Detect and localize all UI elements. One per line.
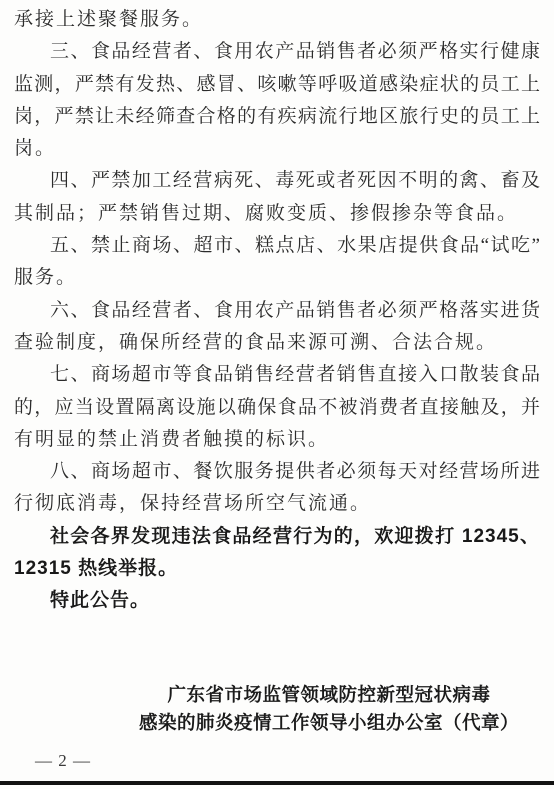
body-line-1: 承接上述聚餐服务。	[14, 4, 540, 36]
body-line-4: 岗，严禁让未经筛查合格的有疾病流行地区旅行史的员工上	[14, 101, 540, 133]
body-line-5: 岗。	[14, 133, 540, 165]
body-line-11: 查验制度，确保所经营的食品来源可溯、合法合规。	[14, 327, 540, 359]
hotline-line-2: 12315 热线举报。	[14, 553, 540, 585]
body-line-3: 监测，严禁有发热、感冒、咳嗽等呼吸道感染症状的员工上	[14, 69, 540, 101]
page-number: — 2 —	[35, 750, 91, 772]
body-line-12: 七、商场超市等食品销售经营者销售直接入口散装食品	[14, 359, 540, 391]
body-line-14: 有明显的禁止消费者触摸的标识。	[14, 424, 540, 456]
body-line-16: 行彻底消毒，保持经营场所空气流通。	[14, 488, 540, 520]
closing-line: 特此公告。	[14, 585, 540, 617]
body-line-6: 四、严禁加工经营病死、毒死或者死因不明的禽、畜及	[14, 165, 540, 197]
notice-body: 承接上述聚餐服务。 三、食品经营者、食用农产品销售者必须严格实行健康 监测，严禁…	[14, 4, 540, 618]
body-line-2: 三、食品经营者、食用农产品销售者必须严格实行健康	[14, 36, 540, 68]
signature-line-1: 广东省市场监管领域防控新型冠状病毒	[104, 681, 554, 709]
body-line-15: 八、商场超市、餐饮服务提供者必须每天对经营场所进	[14, 456, 540, 488]
body-line-7: 其制品；严禁销售过期、腐败变质、掺假掺杂等食品。	[14, 198, 540, 230]
body-line-10: 六、食品经营者、食用农产品销售者必须严格落实进货	[14, 295, 540, 327]
signature-line-2: 感染的肺炎疫情工作领导小组办公室（代章）	[104, 709, 554, 737]
document-page: 承接上述聚餐服务。 三、食品经营者、食用农产品销售者必须严格实行健康 监测，严禁…	[0, 0, 554, 789]
body-line-9: 服务。	[14, 262, 540, 294]
body-line-13: 的，应当设置隔离设施以确保食品不被消费者直接触及，并	[14, 392, 540, 424]
hotline-line-1: 社会各界发现违法食品经营行为的，欢迎拨打 12345、	[14, 521, 540, 553]
signature-block: 广东省市场监管领域防控新型冠状病毒 感染的肺炎疫情工作领导小组办公室（代章）	[104, 681, 554, 736]
body-line-8: 五、禁止商场、超市、糕点店、水果店提供食品“试吃”	[14, 230, 540, 262]
bottom-scan-rule	[0, 781, 554, 785]
